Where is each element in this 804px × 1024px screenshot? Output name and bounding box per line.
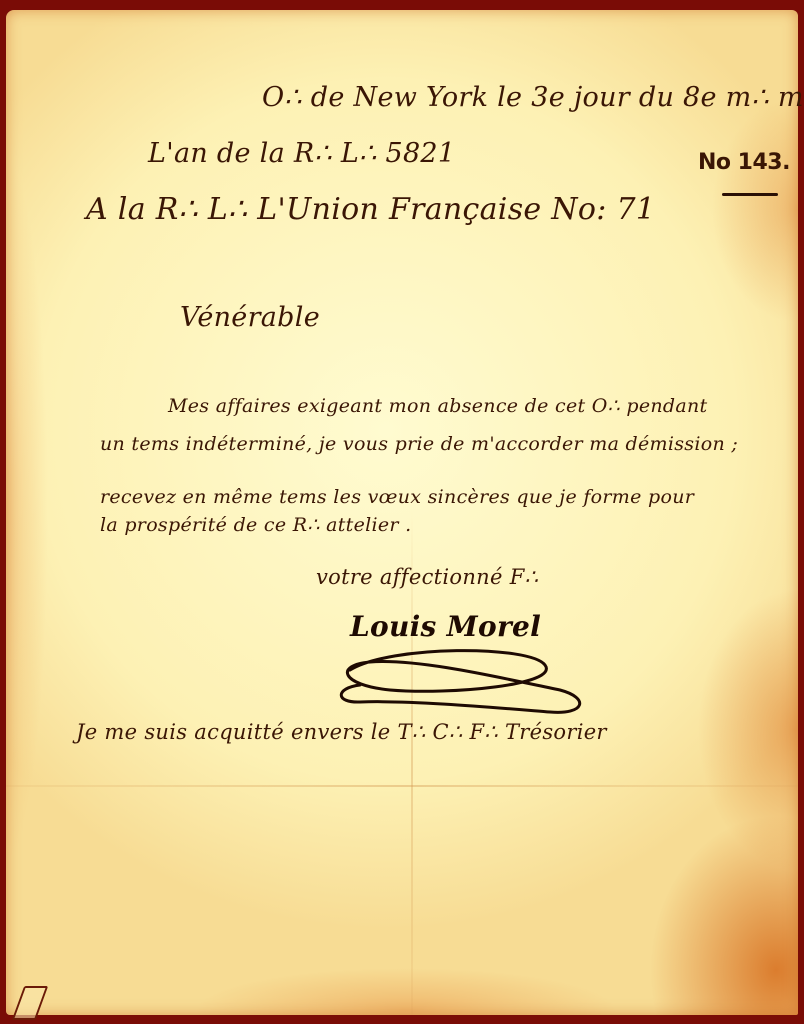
body-line: la prospérité de ce R∴ attelier . <box>100 514 411 536</box>
body-line: recevez en même tems les vœux sincères q… <box>100 486 694 508</box>
folded-corner <box>12 986 48 1020</box>
salutation: Vénérable <box>180 302 320 333</box>
header-place-date: O∴ de New York le 3e jour du 8e m∴ m∴ <box>262 82 804 113</box>
document-number: No 143. <box>698 150 790 175</box>
body-line: un tems indéterminé, je vous prie de m'a… <box>100 433 738 455</box>
fold-crease-horizontal <box>6 785 798 787</box>
closing: votre affectionné F∴ <box>316 565 538 589</box>
header-addressee: A la R∴ L∴ L'Union Française No: 71 <box>86 192 655 227</box>
document-number-underline <box>722 193 778 196</box>
header-year: L'an de la R∴ L∴ 5821 <box>148 138 455 169</box>
signature: Louis Morel <box>350 610 541 643</box>
body-line: Mes affaires exigeant mon absence de cet… <box>168 395 707 417</box>
postscript-receipt: Je me suis acquitté envers le T∴ C∴ F∴ T… <box>76 720 607 744</box>
signature-flourish-icon <box>330 640 590 720</box>
